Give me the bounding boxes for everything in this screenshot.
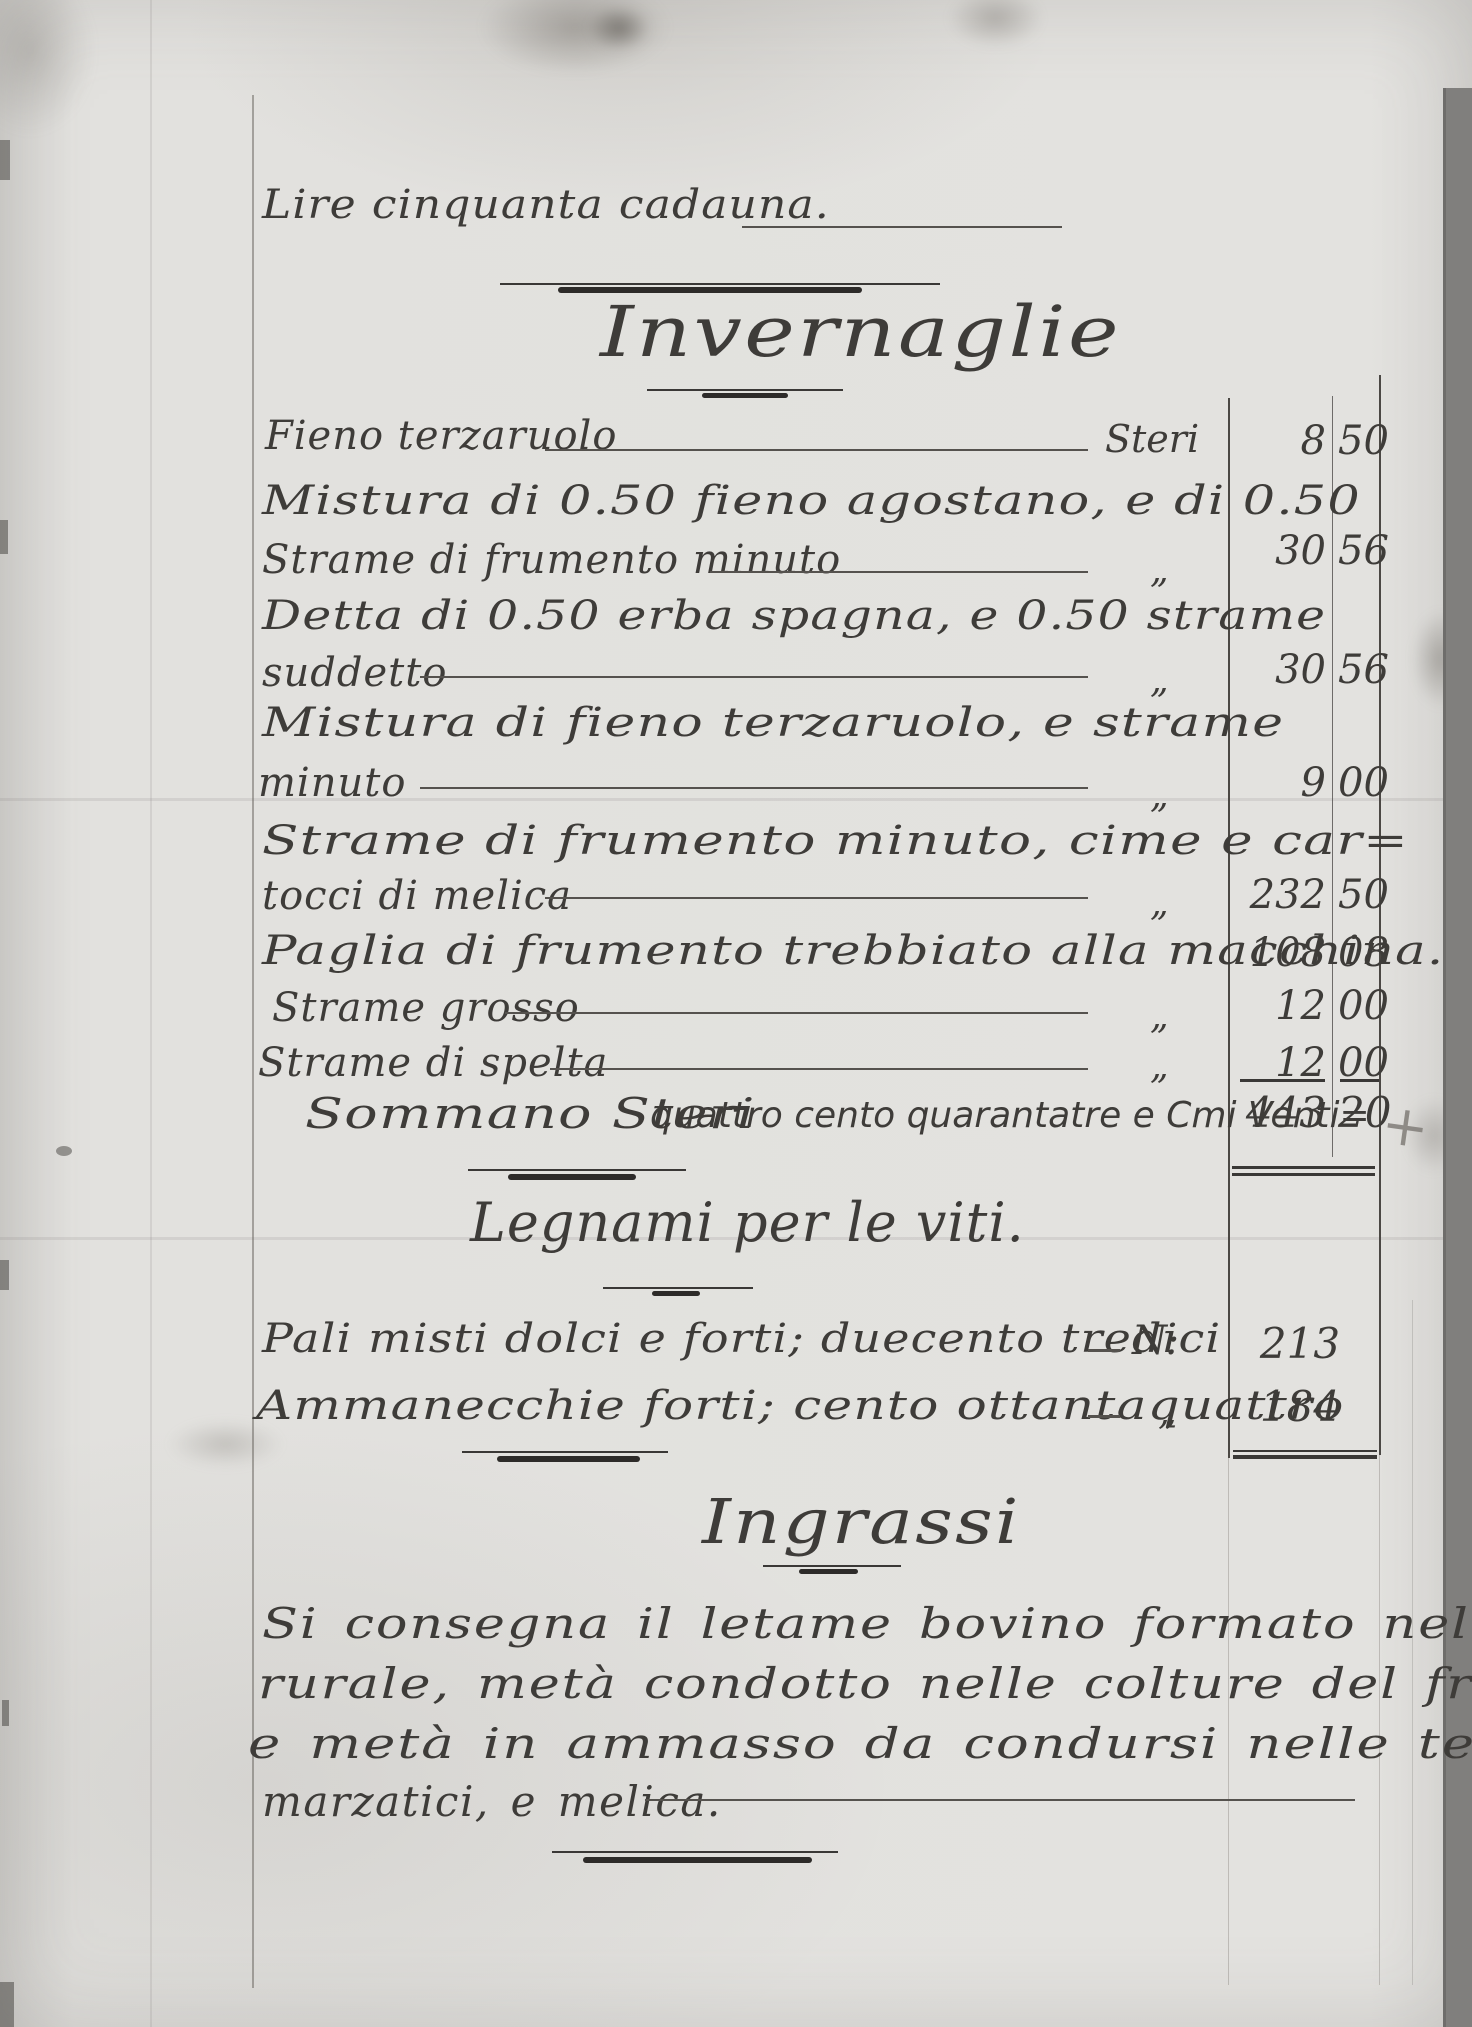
margin-line: [252, 95, 254, 1988]
entry-fill-rule: [420, 787, 1088, 789]
amount-integer: 108: [1236, 930, 1326, 976]
title-underline: [647, 389, 843, 391]
paragraph-line: Si consegna il letame bovino formato nel…: [262, 1600, 1472, 1648]
header-line: Lire cinquanta cadauna.: [262, 182, 830, 228]
entry-line: minuto: [258, 760, 406, 806]
amount-integer: 30: [1236, 528, 1326, 574]
ditto-mark: „: [1150, 660, 1169, 701]
entry-dash: [1088, 1349, 1120, 1352]
title-underline: [702, 393, 788, 398]
amount-decimal: 00: [1338, 983, 1418, 1029]
amount-box-close-rule: [1233, 1455, 1377, 1459]
edge-mark: [2, 1700, 9, 1726]
amount-decimal: 50: [1338, 418, 1418, 464]
unit-label: Steri: [1105, 417, 1199, 461]
paragraph-line: marzatici, e melica.: [262, 1778, 722, 1826]
amount-decimal: 56: [1338, 528, 1418, 574]
title-underline: [763, 1565, 901, 1567]
entry-line: Strame di spelta: [258, 1040, 608, 1086]
ditto-mark: „: [1150, 550, 1169, 591]
fold-crease-vertical: [150, 0, 152, 2027]
section-close-rule: [497, 1456, 640, 1462]
entry-fill-rule: [710, 571, 1088, 573]
paper-stain: [948, 0, 1043, 48]
amount-decimal: 50: [1338, 872, 1418, 918]
total-integer: 443: [1236, 1088, 1326, 1137]
entry-fill-rule: [550, 1068, 1088, 1070]
entry-line: Mistura di fieno terzaruolo, e strame: [262, 700, 1284, 746]
title-underline: [652, 1291, 700, 1296]
entry-line: suddetto: [262, 650, 447, 696]
section-title-invernaglie: Invernaglie: [600, 292, 1121, 373]
amount-box-close-rule: [1232, 1166, 1375, 1169]
corner-shading: [0, 0, 95, 135]
manuscript-page: Lire cinquanta cadauna. Invernaglie Fien…: [0, 0, 1472, 2027]
paragraph-line: rurale, metà condotto nelle colture del …: [258, 1660, 1472, 1708]
amount-integer: 232: [1236, 872, 1326, 918]
section-close-rule: [508, 1174, 636, 1180]
section-close-rule: [462, 1451, 668, 1453]
entry-fill-rule: [505, 1012, 1088, 1014]
edge-mark: [0, 1260, 9, 1290]
amount-decimal: 56: [1338, 647, 1418, 693]
total-overline: [1340, 1079, 1379, 1082]
entry-dash: [1088, 1415, 1120, 1418]
amount-integer: 30: [1236, 647, 1326, 693]
title-underline: [603, 1287, 753, 1289]
header-fill-rule: [742, 226, 1062, 228]
section-title-legnami: Legnami per le viti.: [470, 1192, 1025, 1254]
edge-mark: [0, 520, 8, 554]
ditto-mark: „: [1150, 775, 1169, 816]
entry-fill-rule: [420, 676, 1088, 678]
entry-line: Mistura di 0.50 fieno agostano, e di 0.5…: [262, 478, 1361, 524]
page-close-rule: [552, 1851, 838, 1853]
entry-line: Strame di frumento minuto: [262, 537, 841, 583]
amount-integer: 9: [1236, 760, 1326, 806]
edge-mark: [0, 1982, 14, 2027]
pencil-cross-mark: +: [1378, 1092, 1433, 1162]
amount-integer: 8: [1236, 418, 1326, 464]
unit-label: N:: [1132, 1318, 1179, 1364]
page-close-rule: [583, 1857, 812, 1863]
entry-fill-rule: [545, 897, 1088, 899]
entry-line: Strame di frumento minuto, cime e car=: [262, 818, 1409, 864]
section-close-rule: [468, 1169, 686, 1171]
ditto-mark: „: [1150, 883, 1169, 924]
entry-line: Pali misti dolci e forti; duecento tredi…: [262, 1316, 1221, 1362]
amount-box-close-rule: [1233, 1450, 1377, 1452]
total-overline: [1240, 1079, 1325, 1082]
amount-box-close-rule: [1232, 1173, 1375, 1176]
amount-integer: 12: [1236, 983, 1326, 1029]
section-title-ingrassi: Ingrassi: [702, 1486, 1021, 1557]
ditto-mark: „: [1150, 1046, 1169, 1087]
paragraph-fill-rule: [645, 1799, 1355, 1801]
ink-dot: [56, 1146, 72, 1156]
entry-line: Fieno terzaruolo: [265, 413, 617, 459]
paragraph-line: e metà in ammasso da condursi nelle terr…: [248, 1720, 1472, 1768]
edge-mark: [0, 140, 10, 180]
entry-line: Detta di 0.50 erba spagna, e 0.50 strame: [262, 593, 1326, 639]
title-underline: [799, 1569, 858, 1574]
ditto-mark: „: [1150, 996, 1169, 1037]
count-value: 213: [1250, 1320, 1350, 1368]
entry-line: Ammanecchie forti; cento ottantaquattro: [256, 1383, 1345, 1429]
ditto-mark: „: [1158, 1392, 1177, 1433]
amount-decimal: 08: [1338, 930, 1418, 976]
entry-line: tocci di melica: [262, 873, 572, 919]
ink-stain: [588, 6, 650, 50]
entry-fill-rule: [545, 449, 1088, 451]
separator: [500, 283, 940, 285]
entry-line: Strame grosso: [272, 985, 580, 1031]
amount-decimal: 00: [1338, 760, 1418, 806]
count-value: 184: [1250, 1383, 1350, 1431]
